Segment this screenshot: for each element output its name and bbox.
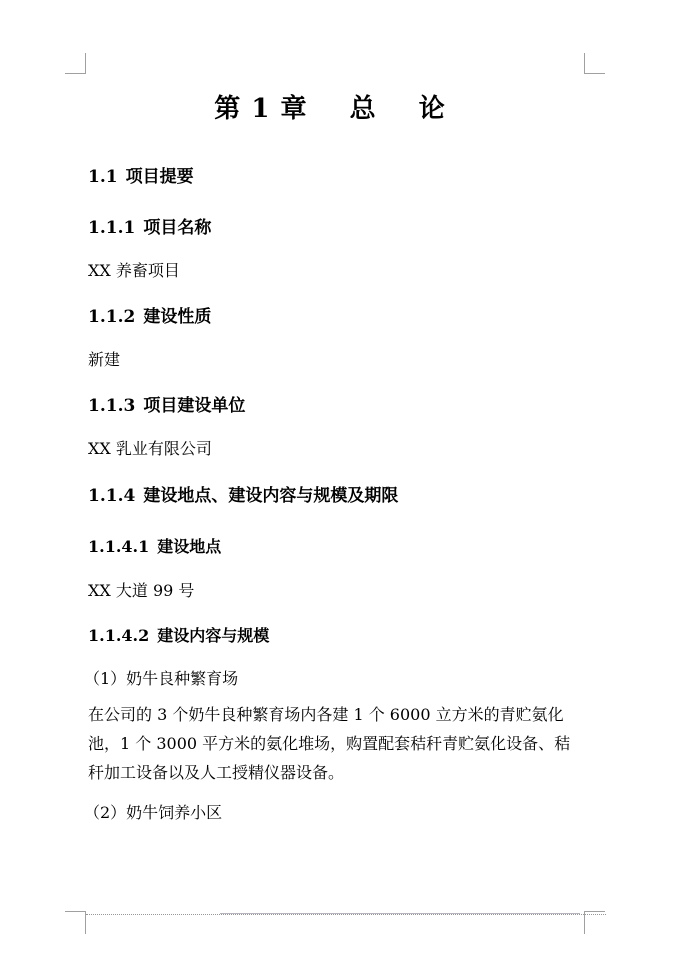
page-break-line	[86, 914, 606, 915]
body-construction-unit: XX 乳业有限公司	[88, 436, 212, 459]
chapter-title: 第 1 章 总 论	[0, 88, 660, 125]
list-item-2: （2）奶牛饲养小区	[84, 800, 222, 823]
heading-1-1-3: 1.1.3项目建设单位	[88, 391, 245, 416]
chapter-suffix: 章	[280, 94, 307, 124]
chapter-word-1: 总	[350, 94, 377, 124]
paragraph-line: 秆加工设备以及人工授精仪器设备。	[88, 758, 588, 787]
heading-1-1: 1.1项目提要	[88, 162, 194, 187]
heading-1-1-1: 1.1.1项目名称	[88, 213, 211, 238]
document-page: 第 1 章 总 论 1.1项目提要 1.1.1项目名称 XX 养畜项目 1.1.…	[0, 0, 688, 963]
body-construction-location: XX 大道 99 号	[88, 578, 194, 601]
body-project-name: XX 养畜项目	[88, 258, 180, 281]
heading-1-1-2: 1.1.2建设性质	[88, 302, 211, 327]
chapter-prefix: 第	[214, 94, 241, 124]
margin-corner-top-left	[65, 53, 86, 74]
body-construction-nature: 新建	[88, 347, 120, 370]
paragraph-line: 池，1 个 3000 平方米的氨化堆场，购置配套秸秆青贮氨化设备、秸	[88, 729, 588, 758]
margin-corner-bottom-left	[65, 911, 86, 934]
margin-corner-top-right	[584, 53, 605, 74]
heading-1-1-4-2: 1.1.4.2建设内容与规模	[88, 623, 269, 646]
paragraph-line: 在公司的 3 个奶牛良种繁育场内各建 1 个 6000 立方米的青贮氨化	[88, 700, 588, 729]
list-item-1: （1）奶牛良种繁育场	[84, 666, 238, 689]
heading-1-1-4: 1.1.4建设地点、建设内容与规模及期限	[88, 481, 398, 506]
chapter-number: 1	[251, 94, 270, 124]
paragraph-item-1: 在公司的 3 个奶牛良种繁育场内各建 1 个 6000 立方米的青贮氨化 池，1…	[88, 700, 588, 787]
chapter-word-2: 论	[419, 94, 446, 124]
page-break-line-overlay	[220, 913, 580, 914]
heading-1-1-4-1: 1.1.4.1建设地点	[88, 534, 221, 557]
